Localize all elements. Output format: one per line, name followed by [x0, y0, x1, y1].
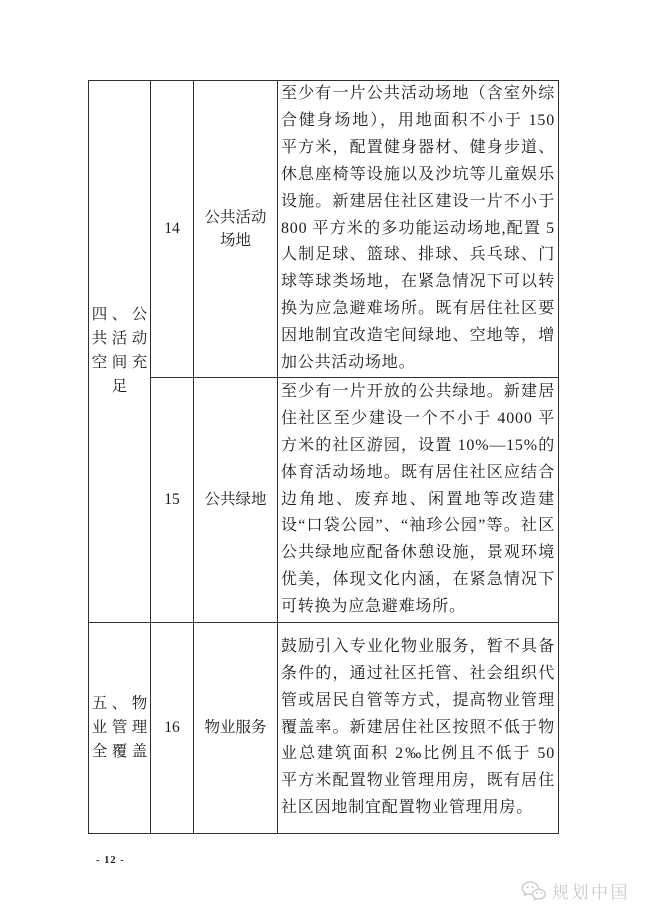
table-row: 15 公共绿地 至少有一片开放的公共绿地。新建居住社区至少建设一个不小于 400… — [89, 377, 559, 622]
row-number-15: 15 — [151, 377, 194, 622]
category-cell-public-activity-space: 四、公 共活动 空间充 足 — [89, 81, 151, 623]
indicator-name-property-service: 物业服务 — [194, 622, 278, 833]
row-number-16: 16 — [151, 622, 194, 833]
category-line: 空间充 — [89, 351, 155, 375]
category-line: 全覆盖 — [89, 740, 155, 764]
indicator-name-public-activity-ground: 公共活动 场地 — [194, 81, 278, 378]
table-row: 五、物 业管理 全覆盖 16 物业服务 鼓励引入专业化物业服务，暂不具备条件的，… — [89, 622, 559, 833]
watermark-text: 规划中国 — [552, 878, 630, 903]
category-line: 共活动 — [89, 327, 155, 351]
category-line: 四、公 — [89, 303, 155, 327]
indicator-content-14: 至少有一片公共活动场地（含室外综合健身场地），用地面积不小于 150 平方米，配… — [278, 81, 559, 378]
category-line: 五、物 — [89, 692, 155, 716]
row-number-14: 14 — [151, 81, 194, 378]
indicator-content-16: 鼓励引入专业化物业服务，暂不具备条件的，通过社区托管、社会组织代管或居民自管等方… — [278, 622, 559, 833]
table-row: 四、公 共活动 空间充 足 14 公共活动 场地 至少有一片公共活动场地（含室外… — [89, 81, 559, 378]
indicator-content-15: 至少有一片开放的公共绿地。新建居住社区至少建设一个不小于 4000 平方米的社区… — [278, 377, 559, 622]
category-cell-property-management: 五、物 业管理 全覆盖 — [89, 622, 151, 833]
watermark: 规划中国 — [520, 878, 630, 903]
page-number: - 12 - — [96, 855, 125, 866]
standards-table: 四、公 共活动 空间充 足 14 公共活动 场地 至少有一片公共活动场地（含室外… — [88, 80, 559, 834]
category-line: 业管理 — [89, 716, 155, 740]
wechat-icon — [520, 880, 547, 901]
category-line: 足 — [89, 375, 155, 399]
indicator-name-public-green-space: 公共绿地 — [194, 377, 278, 622]
